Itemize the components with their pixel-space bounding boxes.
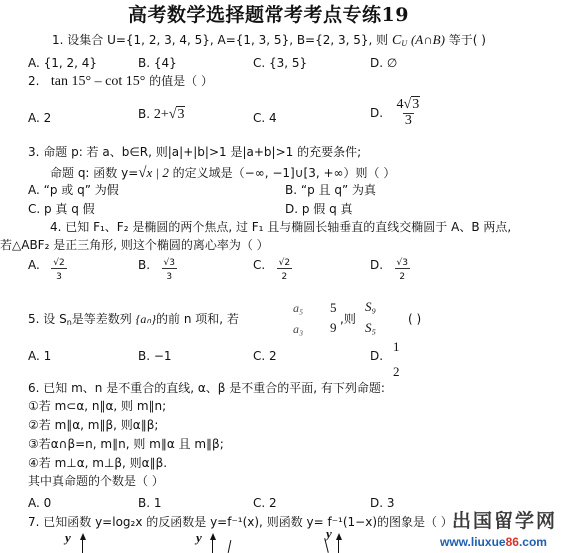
y-axis-label: y — [65, 530, 71, 546]
option-value: 2+ — [154, 107, 169, 122]
q5-text: 的前 n 项和, 若 — [156, 312, 239, 326]
radicand: x | 2 — [147, 165, 169, 180]
fraction: 4√3 3 — [395, 98, 423, 128]
q4-option-a[interactable]: A. √23 — [28, 259, 67, 283]
question-7-stem: 7. 已知函数 y=log₂x 的反函数是 y=f⁻¹(x), 则函数 y= f… — [28, 516, 453, 528]
q1-option-d[interactable]: D. ∅ — [370, 57, 397, 69]
fraction: √22 — [277, 259, 292, 283]
q4-option-c[interactable]: C. √22 — [253, 259, 292, 283]
complement-symbol: CU — [392, 33, 407, 48]
y-axis — [212, 538, 213, 553]
sqrt-icon: √ — [138, 165, 146, 181]
option-label: B. — [138, 258, 150, 272]
question-5-tail: ( ) — [408, 313, 421, 325]
q5-text: 是等差数列 — [72, 312, 132, 326]
q6-option-c[interactable]: C. 2 — [253, 497, 277, 509]
q2-option-c[interactable]: C. 4 — [253, 112, 277, 124]
y-axis-label: y — [326, 526, 332, 542]
trig-expression: tan 15° – cot 15° — [51, 74, 145, 89]
q3-function-text: 命题 q: 函数 y= — [50, 166, 138, 180]
question-4-line-1: 4. 已知 F₁、F₂ 是椭圆的两个焦点, 过 F₁ 且与椭圆长轴垂直的直线交椭… — [50, 221, 511, 233]
fraction: √23 — [51, 259, 66, 283]
frac-a3: a₃ — [293, 323, 303, 335]
frac-5: 5 — [330, 301, 337, 314]
option-label: D. — [370, 106, 383, 120]
q3-option-b[interactable]: B. “p 且 q” 为真 — [285, 184, 376, 196]
sequence-notation: {aₙ} — [136, 312, 156, 326]
frac-s5: S₅ — [365, 321, 376, 334]
q4-option-b[interactable]: B. √33 — [138, 259, 177, 283]
q5-option-b[interactable]: B. −1 — [138, 350, 172, 362]
q5-option-a[interactable]: A. 1 — [28, 350, 51, 362]
radicand: 3 — [176, 108, 185, 122]
q3-option-d[interactable]: D. p 假 q 真 — [285, 203, 353, 215]
q3-option-a[interactable]: A. “p 或 q” 为假 — [28, 184, 119, 196]
frac-s9: S₉ — [365, 300, 376, 313]
question-5-stem: 5. 设 Sn是等差数列 {aₙ}的前 n 项和, 若 — [28, 313, 239, 327]
watermark-logo-text: 出国留学网 — [452, 512, 557, 531]
question-4-line-2: 若△ABF₂ 是正三角形, 则这个椭圆的离心率为（ ） — [0, 239, 269, 251]
q5-d-denominator: 2 — [393, 365, 400, 378]
q6-proposition-2: ②若 m∥α, m∥β, 则α∥β; — [28, 419, 158, 431]
question-1-tail: 等于( ) — [449, 33, 486, 47]
q6-proposition-1: ①若 m⊂α, n∥α, 则 m∥n; — [28, 400, 166, 412]
question-6-stem: 6. 已知 m、n 是不重合的直线, α、β 是不重合的平面, 有下列命题: — [28, 382, 385, 394]
q5-d-numerator: 1 — [393, 340, 400, 353]
arrow-up-icon — [80, 533, 86, 540]
question-3-line-2: 命题 q: 函数 y=√x | 2 的定义域是（−∞, −1]∪[3, +∞）则… — [50, 166, 395, 181]
curve-segment — [228, 540, 232, 553]
option-label: A. — [28, 258, 40, 272]
q6-option-b[interactable]: B. 1 — [138, 497, 162, 509]
q1-option-a[interactable]: A. {1, 2, 4} — [28, 57, 97, 69]
q2-option-a[interactable]: A. 2 — [28, 112, 51, 124]
y-axis — [338, 538, 339, 553]
arrow-up-icon — [210, 533, 216, 540]
fraction: √33 — [162, 259, 177, 283]
q2-option-d[interactable]: D. 4√3 3 — [370, 98, 422, 128]
q3-option-c[interactable]: C. p 真 q 假 — [28, 203, 95, 215]
question-2-number: 2. — [28, 74, 39, 88]
question-3-line-1: 3. 命题 p: 若 a、b∈R, 则|a|+|b|>1 是|a+b|>1 的充… — [28, 146, 361, 158]
q3-domain-text: 的定义域是（−∞, −1]∪[3, +∞）则（ ） — [173, 166, 396, 180]
frac-a5: a₅ — [293, 302, 303, 314]
q1-option-c[interactable]: C. {3, 5} — [253, 57, 307, 69]
q5-text: 5. 设 S — [28, 312, 67, 326]
intersection-expr: (A∩B) — [411, 32, 445, 47]
then-text: ,则 — [340, 313, 356, 325]
arrow-up-icon — [336, 533, 342, 540]
question-2-stem: 2. tan 15° – cot 15° 的值是（ ） — [28, 75, 213, 89]
q6-option-d[interactable]: D. 3 — [370, 497, 395, 509]
q6-proposition-3: ③若α∩β=n, m∥n, 则 m∥α 且 m∥β; — [28, 438, 224, 450]
fraction: √32 — [395, 259, 410, 283]
q6-option-a[interactable]: A. 0 — [28, 497, 51, 509]
sqrt-icon: √ — [169, 107, 177, 122]
y-axis — [82, 538, 83, 553]
option-label: D. — [370, 258, 383, 272]
q4-option-d[interactable]: D. √32 — [370, 259, 410, 283]
frac-9: 9 — [330, 321, 337, 334]
page-title: 高考数学选择题常考考点专练19 — [128, 6, 409, 25]
q2-option-b[interactable]: B. 2+√3 — [138, 108, 185, 122]
q1-option-b[interactable]: B. {4} — [138, 57, 177, 69]
q6-proposition-4: ④若 m⊥α, m⊥β, 则α∥β. — [28, 457, 167, 469]
question-2-tail: 的值是（ ） — [149, 74, 213, 88]
y-axis-label: y — [196, 530, 202, 546]
q5-option-d[interactable]: D. — [370, 350, 383, 362]
watermark-url[interactable]: www.liuxue86.com — [440, 536, 547, 548]
option-label: C. — [253, 258, 265, 272]
q5-option-c[interactable]: C. 2 — [253, 350, 277, 362]
q6-question: 其中真命题的个数是（ ） — [28, 475, 164, 487]
question-1-text: 1. 设集合 U={1, 2, 3, 4, 5}, A={1, 3, 5}, B… — [52, 33, 388, 47]
question-1-stem: 1. 设集合 U={1, 2, 3, 4, 5}, A={1, 3, 5}, B… — [52, 33, 486, 48]
option-label: B. — [138, 107, 150, 121]
